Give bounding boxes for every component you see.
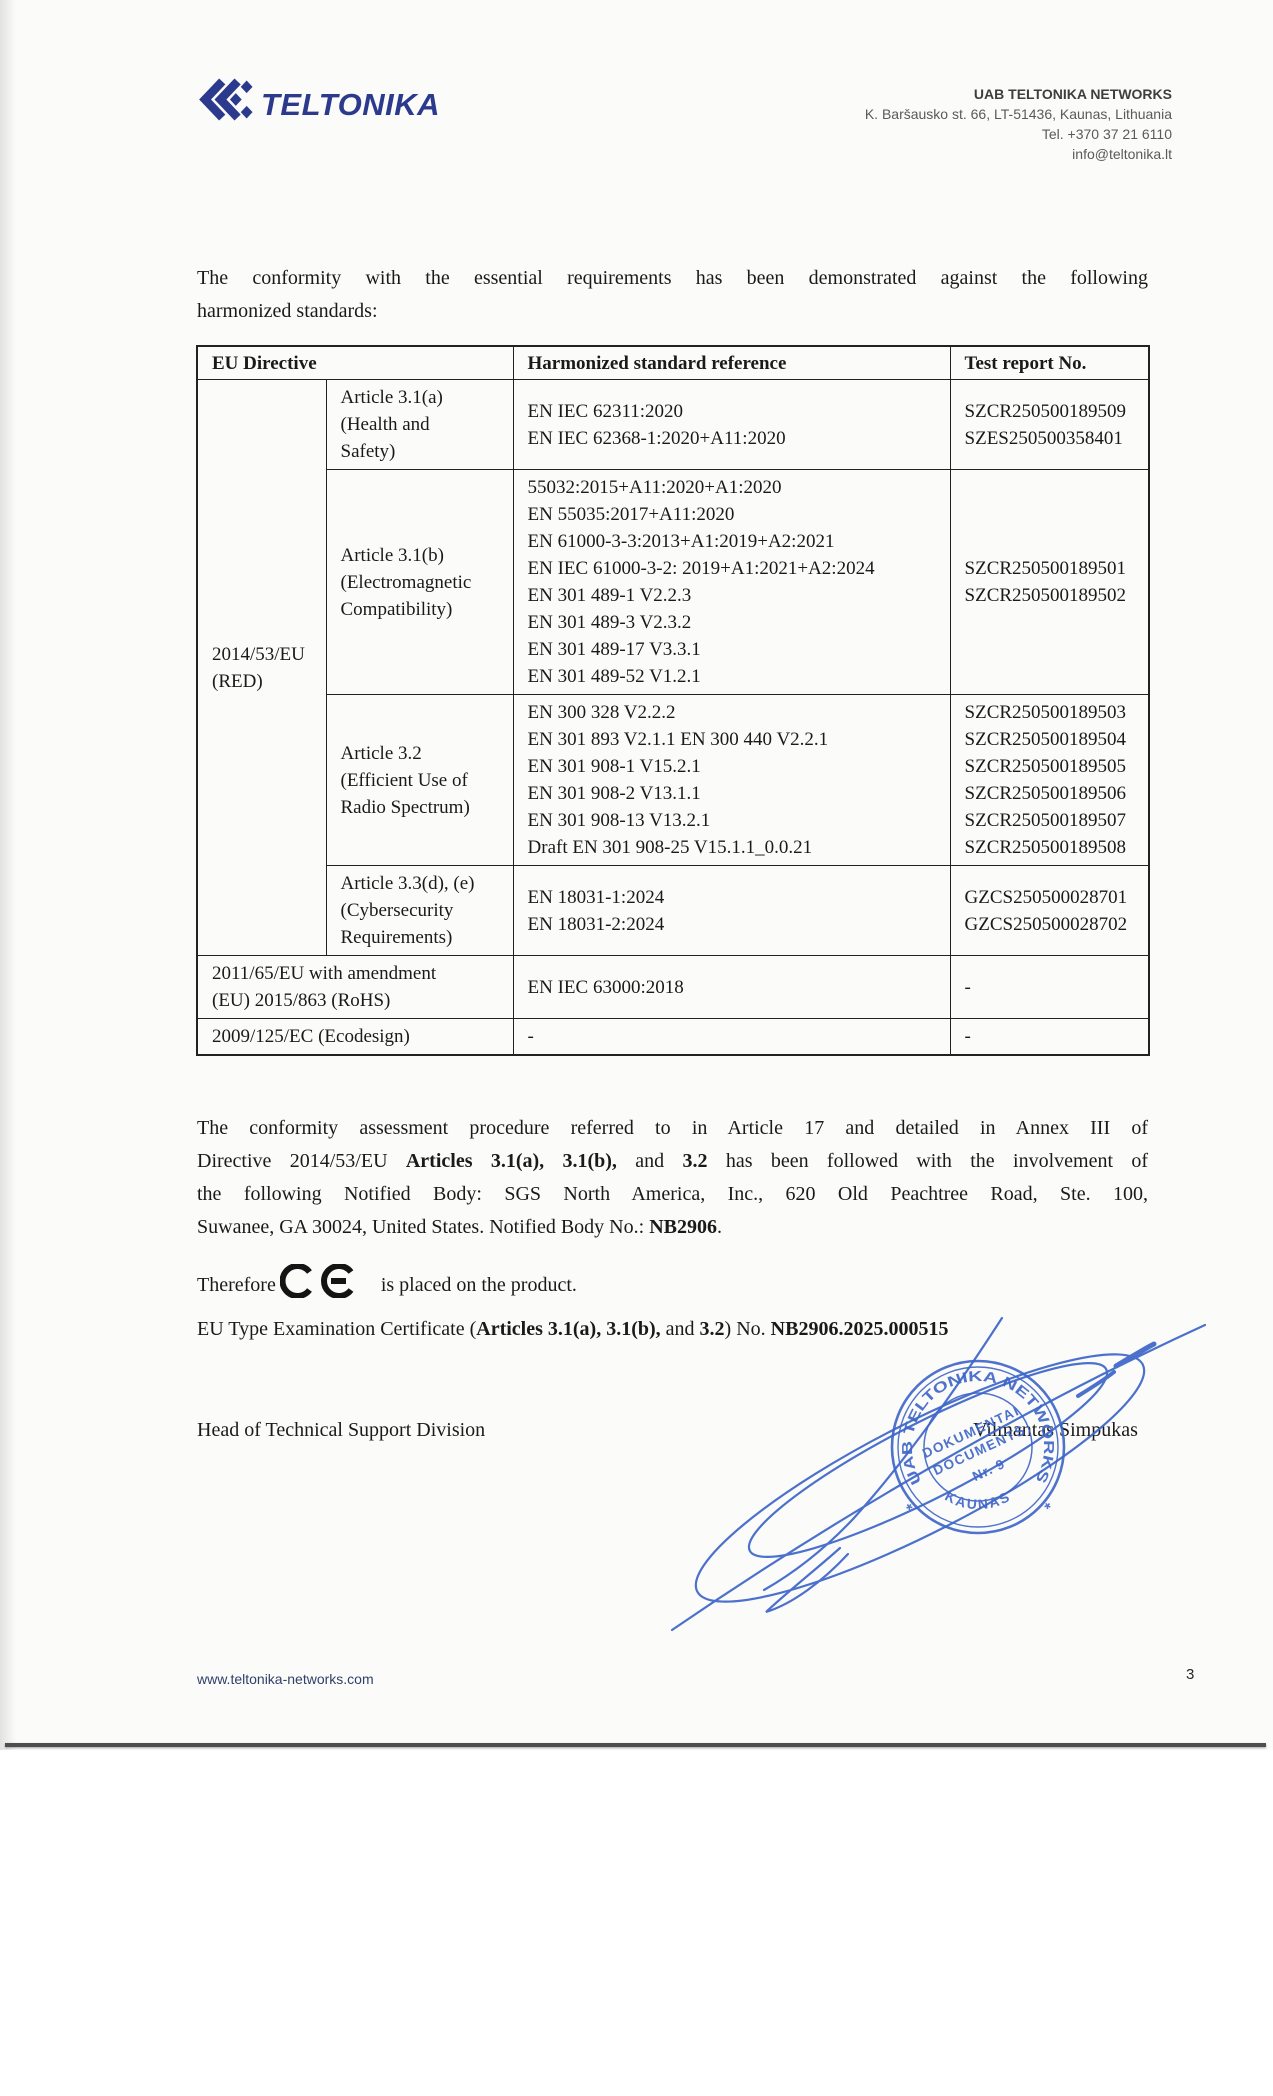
- teltonika-logo: TELTONIKA: [196, 76, 440, 123]
- company-address: K. Baršausko st. 66, LT-51436, Kaunas, L…: [865, 104, 1172, 124]
- cell-reports-32: SZCR250500189503SZCR250500189504SZCR2505…: [950, 695, 1149, 866]
- harmonized-standards-table: EU Directive Harmonized standard referen…: [196, 345, 1150, 1056]
- cell-standards-32: EN 300 328 V2.2.2EN 301 893 V2.1.1 EN 30…: [513, 695, 950, 866]
- scan-edge-bottom: [5, 1743, 1266, 1747]
- footer-url: www.teltonika-networks.com: [197, 1671, 374, 1687]
- teltonika-logo-mark-icon: [196, 76, 253, 123]
- cell-article-31a: Article 3.1(a)(Health andSafety): [326, 380, 513, 470]
- intro-paragraph: The conformity with the essential requir…: [197, 262, 1148, 328]
- table-row-rohs: 2011/65/EU with amendment(EU) 2015/863 (…: [197, 956, 1149, 1019]
- cell-article-31b: Article 3.1(b)(ElectromagneticCompatibil…: [326, 470, 513, 695]
- ce-sentence-suffix: is placed on the product.: [381, 1274, 577, 1296]
- header-eu-directive: EU Directive: [197, 346, 513, 380]
- cell-report-rohs: -: [950, 956, 1149, 1019]
- cell-directive-red: 2014/53/EU(RED): [197, 380, 326, 956]
- ce-mark-icon: [280, 1264, 372, 1298]
- cell-reports-33: GZCS250500028701GZCS250500028702: [950, 866, 1149, 956]
- signer-name: Vilmantas Simpukas: [973, 1419, 1138, 1442]
- table-row-article-32: Article 3.2(Efficient Use ofRadio Spectr…: [197, 695, 1149, 866]
- cell-standard-rohs: EN IEC 63000:2018: [513, 956, 950, 1019]
- assessment-paragraph: The conformity assessment procedure refe…: [197, 1112, 1148, 1244]
- cell-directive-ecodesign: 2009/125/EC (Ecodesign): [197, 1019, 513, 1056]
- table-row-article-31b: Article 3.1(b)(ElectromagneticCompatibil…: [197, 470, 1149, 695]
- company-phone: Tel. +370 37 21 6110: [865, 124, 1172, 144]
- cell-standards-33: EN 18031-1:2024EN 18031-2:2024: [513, 866, 950, 956]
- cell-article-32: Article 3.2(Efficient Use ofRadio Spectr…: [326, 695, 513, 866]
- cell-standard-ecodesign: -: [513, 1019, 950, 1056]
- cell-directive-rohs: 2011/65/EU with amendment(EU) 2015/863 (…: [197, 956, 513, 1019]
- table-row-article-31a: 2014/53/EU(RED) Article 3.1(a)(Health an…: [197, 380, 1149, 470]
- page-number: 3: [1186, 1666, 1194, 1683]
- header-test-report: Test report No.: [950, 346, 1149, 380]
- ce-sentence: Therefore is placed on the product.: [197, 1264, 577, 1298]
- cell-standards-31a: EN IEC 62311:2020EN IEC 62368-1:2020+A11…: [513, 380, 950, 470]
- table-row-article-33: Article 3.3(d), (e)(CybersecurityRequire…: [197, 866, 1149, 956]
- header-standard-reference: Harmonized standard reference: [513, 346, 950, 380]
- table-header-row: EU Directive Harmonized standard referen…: [197, 346, 1149, 380]
- scan-edge-left: [0, 0, 16, 1750]
- logo-text: TELTONIKA: [261, 89, 440, 120]
- company-email: info@teltonika.lt: [865, 144, 1172, 164]
- cell-reports-31b: SZCR250500189501SZCR250500189502: [950, 470, 1149, 695]
- scanned-page: TELTONIKA UAB TELTONIKA NETWORKS K. Barš…: [0, 0, 1273, 2096]
- cell-article-33: Article 3.3(d), (e)(CybersecurityRequire…: [326, 866, 513, 956]
- ce-sentence-prefix: Therefore: [197, 1274, 276, 1296]
- cell-standards-31b: 55032:2015+A11:2020+A1:2020EN 55035:2017…: [513, 470, 950, 695]
- company-contact-block: UAB TELTONIKA NETWORKS K. Baršausko st. …: [865, 84, 1172, 164]
- certificate-line: EU Type Examination Certificate (Article…: [197, 1318, 948, 1341]
- cell-reports-31a: SZCR250500189509SZES250500358401: [950, 380, 1149, 470]
- company-name: UAB TELTONIKA NETWORKS: [865, 84, 1172, 104]
- cell-report-ecodesign: -: [950, 1019, 1149, 1056]
- signer-title: Head of Technical Support Division: [197, 1419, 485, 1442]
- table-row-ecodesign: 2009/125/EC (Ecodesign) - -: [197, 1019, 1149, 1056]
